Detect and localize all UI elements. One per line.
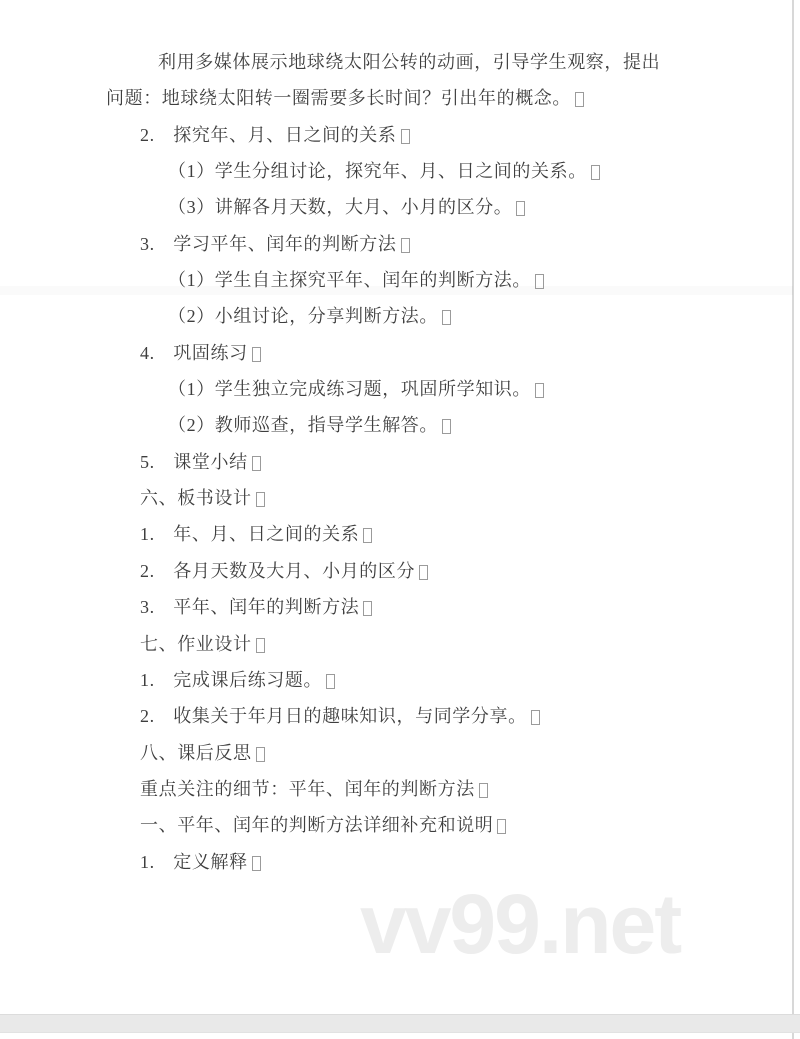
doc-line: （1）学生自主探究平年、闰年的判断方法。 [168, 262, 793, 298]
doc-section-heading: 一、平年、闰年的判断方法详细补充和说明 [140, 807, 793, 843]
doc-line: 利用多媒体展示地球绕太阳公转的动画，引导学生观察，提出 [158, 44, 793, 80]
doc-line: （2）教师巡查，指导学生解答。 [168, 407, 793, 443]
doc-line: 5. 课堂小结 [140, 444, 793, 480]
page-separator [0, 1014, 800, 1033]
doc-line: 问题：地球绕太阳转一圈需要多长时间？引出年的概念。 [106, 80, 793, 116]
doc-line: 3. 学习平年、闰年的判断方法 [140, 226, 793, 262]
doc-section-heading: 七、作业设计 [140, 626, 793, 662]
doc-section-heading: 八、课后反思 [140, 735, 793, 771]
document-body: 利用多媒体展示地球绕太阳公转的动画，引导学生观察，提出 问题：地球绕太阳转一圈需… [0, 44, 793, 880]
doc-line: 2. 探究年、月、日之间的关系 [140, 117, 793, 153]
document-viewer-page: 利用多媒体展示地球绕太阳公转的动画，引导学生观察，提出 问题：地球绕太阳转一圈需… [0, 0, 800, 1039]
doc-line: 重点关注的细节：平年、闰年的判断方法 [140, 771, 793, 807]
doc-line: 3. 平年、闰年的判断方法 [140, 589, 793, 625]
watermark: vv99.net [360, 882, 680, 966]
doc-line: 4. 巩固练习 [140, 335, 793, 371]
doc-line: 1. 定义解释 [140, 844, 793, 880]
doc-line: 1. 完成课后练习题。 [140, 662, 793, 698]
doc-line: 2. 各月天数及大月、小月的区分 [140, 553, 793, 589]
doc-line: （3）讲解各月天数，大月、小月的区分。 [168, 189, 793, 225]
doc-line: 1. 年、月、日之间的关系 [140, 516, 793, 552]
doc-section-heading: 六、板书设计 [140, 480, 793, 516]
doc-line: （2）小组讨论，分享判断方法。 [168, 298, 793, 334]
doc-line: （1）学生独立完成练习题，巩固所学知识。 [168, 371, 793, 407]
doc-line: （1）学生分组讨论，探究年、月、日之间的关系。 [168, 153, 793, 189]
doc-line: 2. 收集关于年月日的趣味知识，与同学分享。 [140, 698, 793, 734]
